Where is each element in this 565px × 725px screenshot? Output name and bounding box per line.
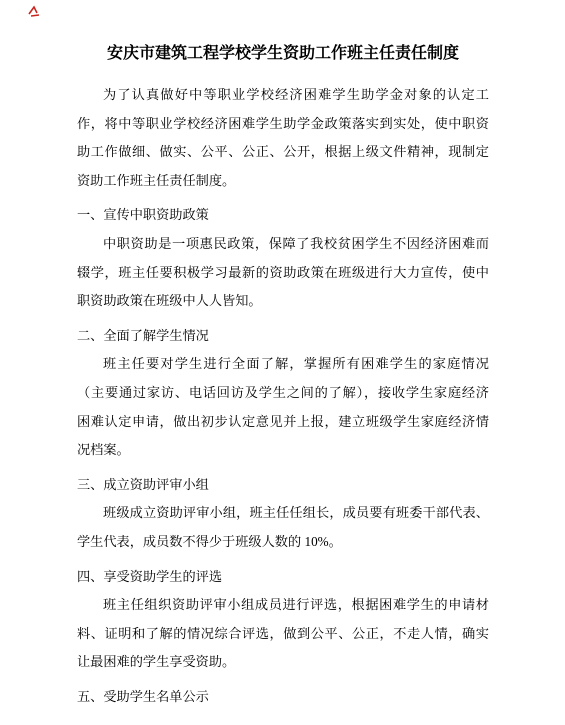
paragraph: 班主任组织资助评审小组成员进行评选，根据困难学生的申请材料、证明和了解的情况综合… [77,591,489,677]
text-line: 资助工作班主任责任制度。 [77,167,489,196]
text-line: 班主任组织资助评审小组成员进行评选，根据困难学生的申请材 [77,591,489,620]
text-line: 学生代表，成员数不得少于班级人数的 10%。 [77,528,489,557]
text-line: 班主任要对学生进行全面了解，掌握所有困难学生的家庭情况 [77,350,489,379]
paragraph: 班级成立资助评审小组，班主任任组长，成员要有班委干部代表、学生代表，成员数不得少… [77,499,489,556]
text-line: 困难认定申请，做出初步认定意见并上报，建立班级学生家庭经济情 [77,408,489,437]
document-blocks: 为了认真做好中等职业学校经济困难学生助学金对象的认定工作，将中等职业学校经济困难… [77,81,489,711]
section-heading: 三、成立资助评审小组 [77,471,489,500]
text-line: 班级成立资助评审小组，班主任任组长，成员要有班委干部代表、 [77,499,489,528]
section-heading: 五、受助学生名单公示 [77,683,489,712]
text-line: 料、证明和了解的情况综合评选，做到公平、公正，不走人情，确实 [77,620,489,649]
text-line: 让最困难的学生享受资助。 [77,648,489,677]
section-heading: 二、全面了解学生情况 [77,322,489,351]
paragraph: 为了认真做好中等职业学校经济困难学生助学金对象的认定工作，将中等职业学校经济困难… [77,81,489,195]
document-page: 安庆市建筑工程学校学生资助工作班主任责任制度 为了认真做好中等职业学校经济困难学… [0,0,565,725]
red-annotation-mark-icon [27,5,41,18]
text-line: 辍学，班主任要积极学习最新的资助政策在班级进行大力宣传，使中 [77,259,489,288]
text-line: 况档案。 [77,436,489,465]
document-body: 安庆市建筑工程学校学生资助工作班主任责任制度 为了认真做好中等职业学校经济困难学… [77,42,489,711]
text-line: 作，将中等职业学校经济困难学生助学金政策落实到实处，使中职资 [77,110,489,139]
paragraph: 班主任要对学生进行全面了解，掌握所有困难学生的家庭情况（主要通过家访、电话回访及… [77,350,489,464]
text-line: 职资助政策在班级中人人皆知。 [77,287,489,316]
text-line: （主要通过家访、电话回访及学生之间的了解），接收学生家庭经济 [77,379,489,408]
text-line: 助工作做细、做实、公平、公正、公开，根据上级文件精神，现制定 [77,138,489,167]
text-line: 中职资助是一项惠民政策，保障了我校贫困学生不因经济困难而 [77,230,489,259]
paragraph: 中职资助是一项惠民政策，保障了我校贫困学生不因经济困难而辍学，班主任要积极学习最… [77,230,489,316]
document-title: 安庆市建筑工程学校学生资助工作班主任责任制度 [77,42,489,66]
text-line: 为了认真做好中等职业学校经济困难学生助学金对象的认定工 [77,81,489,110]
section-heading: 一、宣传中职资助政策 [77,201,489,230]
section-heading: 四、享受资助学生的评选 [77,563,489,592]
